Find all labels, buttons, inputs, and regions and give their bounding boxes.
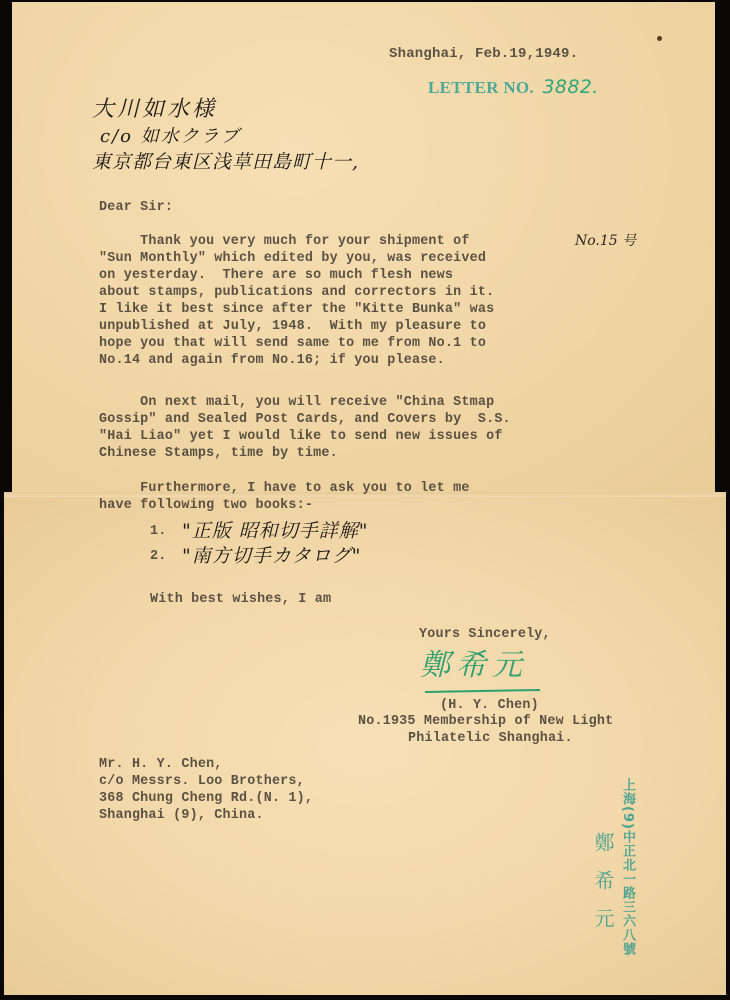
closing-line: With best wishes, I am [150,591,331,608]
text-line: No.14 and again from No.16; if you pleas… [99,352,445,369]
text-line: on yesterday. There are so much flesh ne… [99,267,453,284]
address-line: Shanghai (9), China. [99,807,264,824]
book-title: "正版 昭和切手詳解" [182,516,369,543]
text-line: unpublished at July, 1948. With my pleas… [99,318,486,335]
text-line: On next mail, you will receive "China St… [99,394,494,411]
book-title: "南方切手カタログ" [182,541,361,568]
chop-address-stamp: 上海(9)中正北一路三六八號 [620,778,634,956]
place-date: Shanghai, Feb.19,1949. [389,46,578,63]
text-line: Thank you very much for your shipment of [99,233,470,250]
text-line: "Sun Monthly" which edited by you, was r… [99,250,486,267]
text-line: Gossip" and Sealed Post Cards, and Cover… [99,411,511,428]
text-line: hope you that will send same to me from … [99,335,486,352]
text-line: about stamps, publications and corrector… [99,284,494,301]
text-line: Chinese Stamps, time by time. [99,445,338,462]
chop-name-stamp: 鄭希元 [589,832,618,946]
book-number: 1. [150,523,166,540]
address-line: c/o Messrs. Loo Brothers, [99,773,305,790]
ink-spot [657,36,662,41]
letter-number-label: LETTER NO. [428,78,534,97]
salutation: Dear Sir: [99,199,173,216]
text-line: have following two books:- [99,497,313,514]
letter-number-stamp: LETTER NO. 3882. [428,76,598,98]
text-line: Furthermore, I have to ask you to let me [99,480,470,497]
text-line: "Hai Liao" yet I would like to send new … [99,428,503,445]
signature: 鄭希元 [420,640,528,684]
address-line: Mr. H. Y. Chen, [99,756,223,773]
recipient-name: 大川如水様 [92,92,217,123]
signer-name: (H. Y. Chen) [440,697,539,714]
membership-line-2: Philatelic Shanghai. [408,730,573,747]
address-line: 368 Chung Cheng Rd.(N. 1), [99,790,313,807]
letter-number-value: 3882. [543,76,599,98]
recipient-club: c/o 如水クラブ [100,122,241,148]
membership-line-1: No.1935 Membership of New Light [358,713,613,730]
text-line: I like it best since after the "Kitte Bu… [99,301,494,318]
recipient-address: 東京都台東区浅草田島町十一, [92,147,359,174]
book-number: 2. [150,548,166,565]
margin-note: No.15 号 [575,230,636,250]
